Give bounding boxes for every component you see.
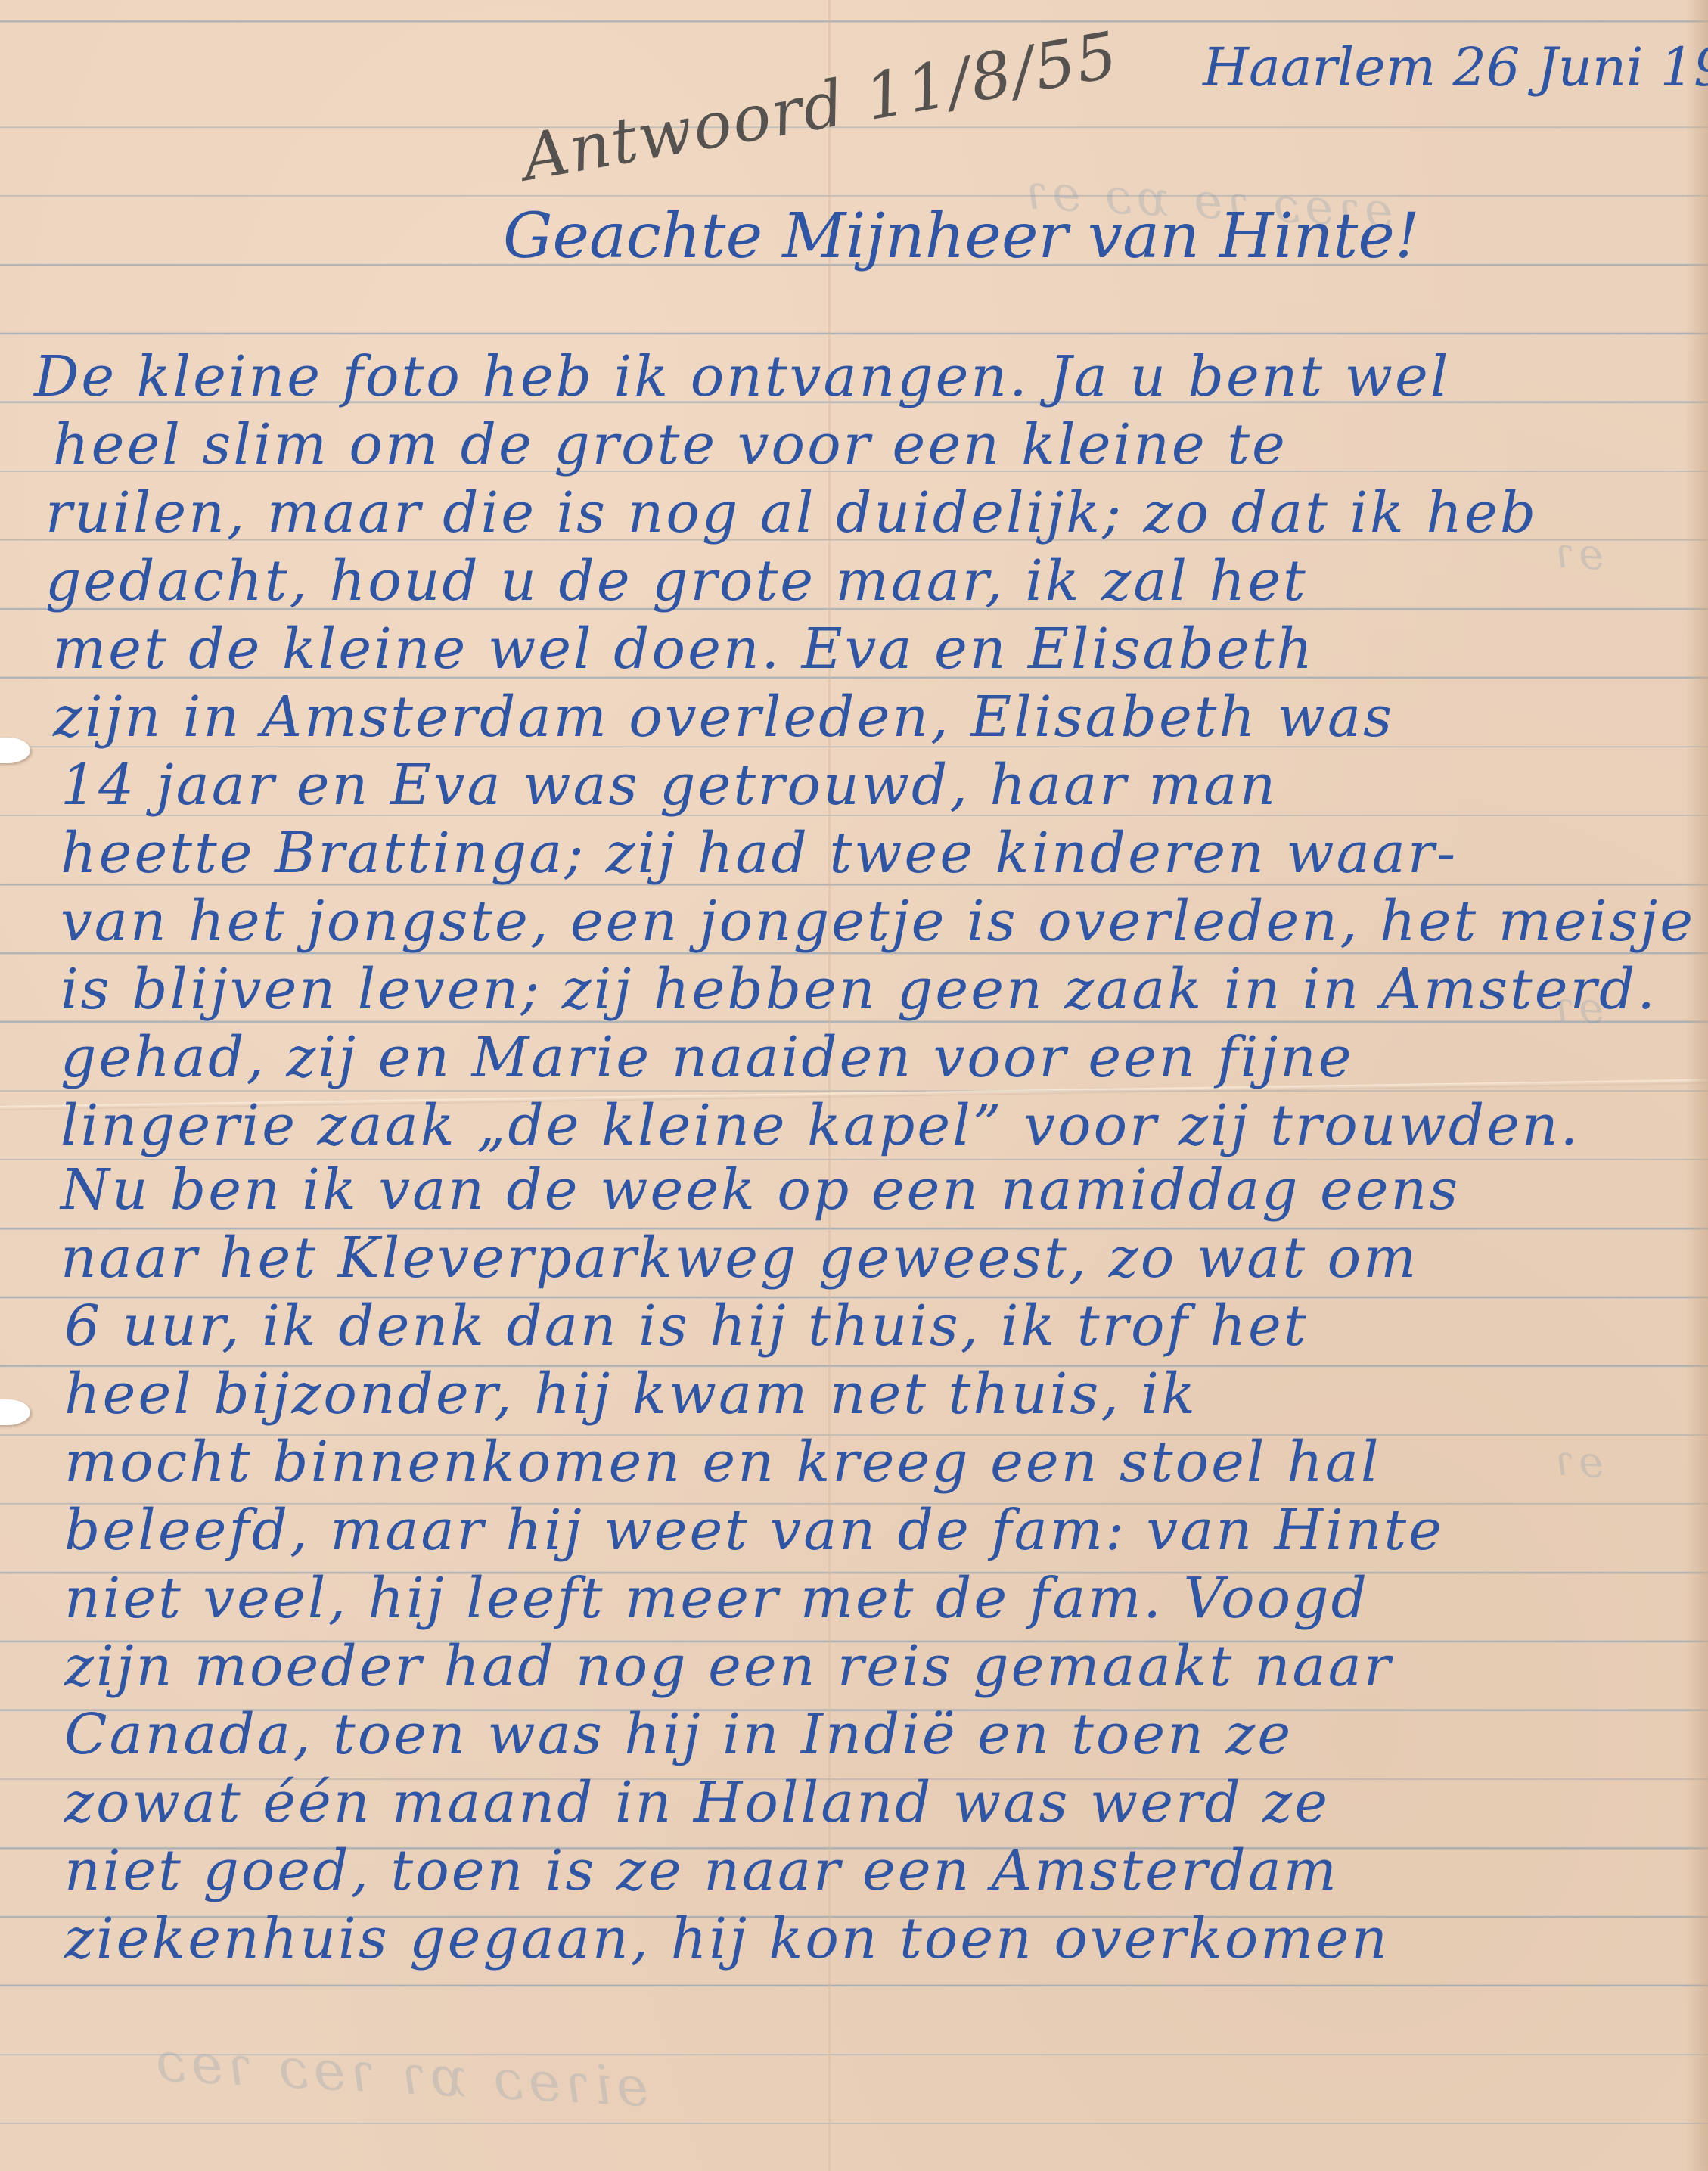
- body-line: met de kleine wel doen. Eva en Elisabeth: [53, 617, 1315, 682]
- body-line: 6 uur, ik denk dan is hij thuis, ik trof…: [64, 1294, 1309, 1359]
- body-line: van het jongste, een jongetje is overled…: [61, 889, 1695, 954]
- body-line: ruilen, maar die is nog al duidelijk; zo…: [45, 480, 1538, 545]
- body-line: beleefd, maar hij weet van de fam: van H…: [64, 1498, 1444, 1563]
- bleed-through-text: ɘɿ: [1549, 528, 1605, 580]
- body-line: naar het Kleverparkweg geweest, zo wat o…: [61, 1225, 1418, 1290]
- body-line: heel slim om de grote voor een kleine te: [53, 412, 1287, 477]
- body-line: heette Brattinga; zij had twee kinderen …: [61, 821, 1458, 886]
- body-line: niet goed, toen is ze naar een Amsterdam: [64, 1838, 1339, 1903]
- bleed-through-text: ɘɿ: [1549, 1436, 1605, 1488]
- body-line: 14 jaar en Eva was getrouwd, haar man: [61, 753, 1278, 818]
- body-line: zijn moeder had nog een reis gemaakt naa…: [64, 1634, 1393, 1699]
- body-line: zowat één maand in Holland was werd ze: [64, 1770, 1330, 1835]
- body-line: heel bijzonder, hij kwam net thuis, ik: [64, 1362, 1197, 1427]
- body-line: gehad, zij en Marie naaiden voor een fij…: [61, 1025, 1354, 1090]
- body-line: lingerie zaak „de kleine kapel” voor zij…: [61, 1093, 1580, 1158]
- body-line: ziekenhuis gegaan, hij kon toen overkome…: [64, 1906, 1390, 1971]
- body-line: Nu ben ik van de week op een namiddag ee…: [61, 1157, 1460, 1222]
- salutation: Geachte Mijnheer van Hinte!: [503, 200, 1420, 272]
- paper-edge-shadow: [1685, 0, 1708, 2171]
- body-line: gedacht, houd u de grote maar, ik zal he…: [45, 548, 1308, 613]
- body-line: Canada, toen was hij in Indië en toen ze: [64, 1702, 1293, 1767]
- body-line: niet veel, hij leeft meer met de fam. Vo…: [64, 1566, 1369, 1631]
- body-line: De kleine foto heb ik ontvangen. Ja u be…: [34, 344, 1450, 409]
- body-line: mocht binnenkomen en kreeg een stoel hal: [64, 1430, 1381, 1495]
- place-date: Haarlem 26 Juni 1955: [1203, 36, 1708, 98]
- body-line: is blijven leven; zij hebben geen zaak i…: [61, 957, 1657, 1022]
- body-line: zijn in Amsterdam overleden, Elisabeth w…: [53, 685, 1394, 750]
